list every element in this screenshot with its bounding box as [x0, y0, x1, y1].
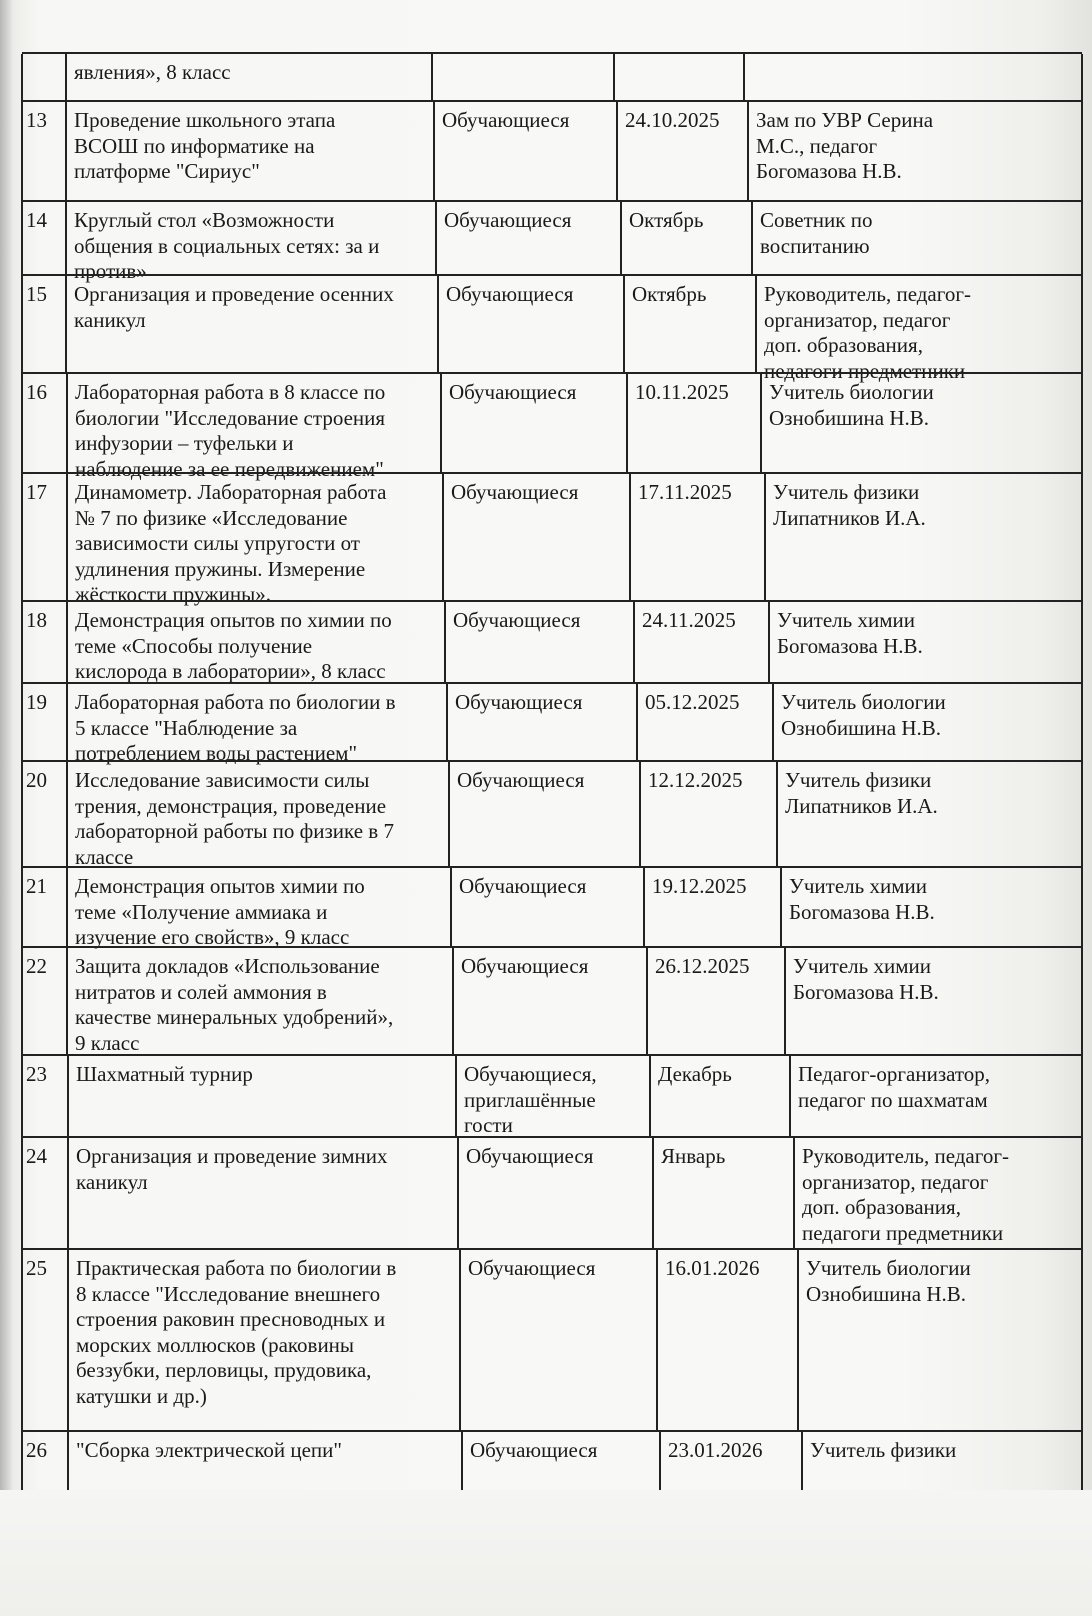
table-border-left: [21, 102, 23, 202]
column-divider: [747, 102, 749, 202]
event-cell: Исследование зависимости силы трения, де…: [67, 762, 449, 868]
column-divider: [433, 102, 435, 202]
participants-cell: Обучающиеся: [438, 276, 624, 374]
event-cell: "Сборка электрической цепи": [68, 1432, 462, 1494]
event-cell: Лабораторная работа в 8 классе по биолог…: [67, 374, 441, 474]
participants-cell: Обучающиеся: [462, 1432, 660, 1494]
column-divider: [440, 374, 442, 474]
column-divider: [452, 948, 454, 1056]
column-divider: [656, 1250, 658, 1432]
date-cell: 12.12.2025: [640, 762, 777, 868]
column-divider: [616, 102, 618, 202]
participants-cell: Обучающиеся: [443, 474, 630, 602]
participants-cell: Обучающиеся: [441, 374, 627, 474]
column-divider: [784, 948, 786, 1056]
column-divider: [442, 474, 444, 602]
event-cell: Организация и проведение зимних каникул: [68, 1138, 458, 1250]
responsible-cell: Учитель физики: [802, 1432, 1082, 1494]
event-cell: Защита докладов «Использование нитратов …: [67, 948, 453, 1056]
page-bottom-margin: [0, 1490, 1092, 1616]
table-row: 13Проведение школьного этапа ВСОШ по инф…: [22, 100, 1082, 202]
column-divider: [636, 684, 638, 762]
event-cell: явления», 8 класс: [66, 54, 432, 102]
event-cell: Организация и проведение осенних каникул: [66, 276, 438, 374]
table-row: 23Шахматный турнирОбучающиеся, приглашён…: [22, 1054, 1082, 1138]
column-divider: [66, 762, 68, 868]
row-number: 26: [22, 1432, 68, 1494]
column-divider: [437, 276, 439, 374]
column-divider: [633, 602, 635, 684]
table-row: 25Практическая работа по биологии в 8 кл…: [22, 1248, 1082, 1432]
column-divider: [646, 948, 648, 1056]
table-border-right: [1081, 868, 1083, 948]
table-row: 21Демонстрация опытов химии по теме «Пол…: [22, 866, 1082, 948]
table-row: 24Организация и проведение зимних канику…: [22, 1136, 1082, 1250]
date-cell: 05.12.2025: [637, 684, 773, 762]
row-number: 25: [22, 1250, 68, 1432]
date-cell: Октябрь: [621, 202, 752, 276]
column-divider: [67, 1056, 69, 1138]
column-divider: [66, 474, 68, 602]
table-border-left: [21, 54, 23, 102]
table-border-right: [1081, 1056, 1083, 1138]
row-number: 20: [22, 762, 67, 868]
column-divider: [448, 762, 450, 868]
column-divider: [461, 1432, 463, 1494]
column-divider: [789, 1056, 791, 1138]
responsible-cell: Учитель биологии Ознобишина Н.В.: [761, 374, 1082, 474]
column-divider: [66, 684, 68, 762]
event-cell: Демонстрация опытов по химии по теме «Сп…: [67, 602, 445, 684]
participants-cell: [432, 54, 614, 102]
event-cell: Лабораторная работа по биологии в 5 клас…: [67, 684, 447, 762]
column-divider: [65, 54, 67, 102]
responsible-cell: Учитель физики Липатников И.А.: [765, 474, 1082, 602]
table-border-right: [1081, 102, 1083, 202]
participants-cell: Обучающиеся, приглашённые гости: [456, 1056, 650, 1138]
table-border-right: [1081, 202, 1083, 276]
table-border-right: [1081, 1432, 1083, 1494]
date-cell: 16.01.2026: [657, 1250, 798, 1432]
table-border-left: [21, 474, 23, 602]
event-cell: Шахматный турнир: [68, 1056, 456, 1138]
column-divider: [66, 374, 68, 474]
row-number: 16: [22, 374, 67, 474]
scanned-page: явления», 8 класс13Проведение школьного …: [0, 0, 1092, 1616]
table-border-right: [1081, 474, 1083, 602]
table-border-right: [1081, 374, 1083, 474]
responsible-cell: Учитель химии Богомазова Н.В.: [785, 948, 1082, 1056]
column-divider: [431, 54, 433, 102]
column-divider: [67, 1250, 69, 1432]
column-divider: [613, 54, 615, 102]
date-cell: 26.12.2025: [647, 948, 785, 1056]
date-cell: 19.12.2025: [644, 868, 781, 948]
table-border-left: [21, 1056, 23, 1138]
column-divider: [459, 1250, 461, 1432]
table-row: 22Защита докладов «Использование нитрато…: [22, 946, 1082, 1056]
responsible-cell: Учитель биологии Ознобишина Н.В.: [773, 684, 1082, 762]
table-row: 16Лабораторная работа в 8 классе по биол…: [22, 372, 1082, 474]
table-row: 26"Сборка электрической цепи"Обучающиеся…: [22, 1430, 1082, 1494]
responsible-cell: Учитель химии Богомазова Н.В.: [781, 868, 1082, 948]
column-divider: [797, 1250, 799, 1432]
participants-cell: Обучающиеся: [453, 948, 647, 1056]
table-row: 17Динамометр. Лабораторная работа № 7 по…: [22, 472, 1082, 602]
responsible-cell: Руководитель, педагог- организатор, педа…: [756, 276, 1082, 374]
row-number: 22: [22, 948, 67, 1056]
row-number: 23: [22, 1056, 68, 1138]
column-divider: [455, 1056, 457, 1138]
table-border-left: [21, 1138, 23, 1250]
column-divider: [649, 1056, 651, 1138]
responsible-cell: Учитель химии Богомазова Н.В.: [769, 602, 1082, 684]
responsible-cell: [744, 54, 1082, 102]
table-border-left: [21, 1250, 23, 1432]
table-row-continued: явления», 8 класс: [22, 52, 1082, 102]
responsible-cell: Педагог-организатор, педагог по шахматам: [790, 1056, 1082, 1138]
column-divider: [659, 1432, 661, 1494]
column-divider: [66, 868, 68, 948]
responsible-cell: Учитель биологии Ознобишина Н.В.: [798, 1250, 1082, 1432]
event-cell: Практическая работа по биологии в 8 клас…: [68, 1250, 460, 1432]
table-border-left: [21, 374, 23, 474]
event-cell: Демонстрация опытов химии по теме «Получ…: [67, 868, 451, 948]
column-divider: [65, 102, 67, 202]
column-divider: [743, 54, 745, 102]
schedule-table: явления», 8 класс13Проведение школьного …: [22, 52, 1082, 1492]
event-cell: Динамометр. Лабораторная работа № 7 по ф…: [67, 474, 443, 602]
table-row: 20Исследование зависимости силы трения, …: [22, 760, 1082, 868]
column-divider: [457, 1138, 459, 1250]
column-divider: [67, 1138, 69, 1250]
column-divider: [643, 868, 645, 948]
column-divider: [780, 868, 782, 948]
responsible-cell: Руководитель, педагог- организатор, педа…: [794, 1138, 1082, 1250]
column-divider: [67, 1432, 69, 1494]
column-divider: [768, 602, 770, 684]
date-cell: 17.11.2025: [630, 474, 765, 602]
column-divider: [652, 1138, 654, 1250]
table-border-right: [1081, 762, 1083, 868]
table-border-right: [1081, 684, 1083, 762]
responsible-cell: Советник по воспитанию: [752, 202, 1082, 276]
date-cell: 10.11.2025: [627, 374, 761, 474]
participants-cell: Обучающиеся: [436, 202, 621, 276]
column-divider: [793, 1138, 795, 1250]
row-number: 13: [22, 102, 66, 202]
participants-cell: Обучающиеся: [458, 1138, 653, 1250]
participants-cell: Обучающиеся: [451, 868, 644, 948]
date-cell: Декабрь: [650, 1056, 790, 1138]
table-border-left: [21, 202, 23, 276]
column-divider: [435, 202, 437, 276]
table-border-right: [1081, 602, 1083, 684]
column-divider: [760, 374, 762, 474]
event-cell: Проведение школьного этапа ВСОШ по инфор…: [66, 102, 434, 202]
row-number: 17: [22, 474, 67, 602]
row-number: 15: [22, 276, 66, 374]
date-cell: Январь: [653, 1138, 794, 1250]
column-divider: [639, 762, 641, 868]
participants-cell: Обучающиеся: [460, 1250, 657, 1432]
column-divider: [626, 374, 628, 474]
column-divider: [751, 202, 753, 276]
column-divider: [776, 762, 778, 868]
row-number: 21: [22, 868, 67, 948]
table-border-left: [21, 602, 23, 684]
row-number: 18: [22, 602, 67, 684]
column-divider: [755, 276, 757, 374]
table-border-right: [1081, 54, 1083, 102]
table-border-right: [1081, 1250, 1083, 1432]
column-divider: [66, 948, 68, 1056]
table-row: 15Организация и проведение осенних каник…: [22, 274, 1082, 374]
row-number: [22, 54, 66, 102]
column-divider: [623, 276, 625, 374]
column-divider: [450, 868, 452, 948]
participants-cell: Обучающиеся: [449, 762, 640, 868]
row-number: 19: [22, 684, 67, 762]
table-border-left: [21, 1432, 23, 1494]
table-border-left: [21, 276, 23, 374]
date-cell: [614, 54, 744, 102]
participants-cell: Обучающиеся: [445, 602, 634, 684]
column-divider: [65, 276, 67, 374]
table-border-right: [1081, 948, 1083, 1056]
table-border-right: [1081, 276, 1083, 374]
row-number: 24: [22, 1138, 68, 1250]
date-cell: 24.10.2025: [617, 102, 748, 202]
column-divider: [772, 684, 774, 762]
date-cell: 24.11.2025: [634, 602, 769, 684]
column-divider: [66, 602, 68, 684]
page-edge-shadow: [0, 0, 14, 1616]
event-cell: Круглый стол «Возможности общения в соци…: [66, 202, 436, 276]
column-divider: [629, 474, 631, 602]
column-divider: [444, 602, 446, 684]
responsible-cell: Зам по УВР Серина М.С., педагог Богомазо…: [748, 102, 1082, 202]
row-number: 14: [22, 202, 66, 276]
responsible-cell: Учитель физики Липатников И.А.: [777, 762, 1082, 868]
participants-cell: Обучающиеся: [434, 102, 617, 202]
table-border-right: [1081, 1138, 1083, 1250]
date-cell: Октябрь: [624, 276, 756, 374]
column-divider: [446, 684, 448, 762]
date-cell: 23.01.2026: [660, 1432, 802, 1494]
table-row: 18Демонстрация опытов по химии по теме «…: [22, 600, 1082, 684]
column-divider: [65, 202, 67, 276]
column-divider: [801, 1432, 803, 1494]
table-border-left: [21, 948, 23, 1056]
column-divider: [764, 474, 766, 602]
participants-cell: Обучающиеся: [447, 684, 637, 762]
column-divider: [620, 202, 622, 276]
table-border-left: [21, 762, 23, 868]
table-border-left: [21, 868, 23, 948]
table-row: 19Лабораторная работа по биологии в 5 кл…: [22, 682, 1082, 762]
table-border-left: [21, 684, 23, 762]
table-row: 14Круглый стол «Возможности общения в со…: [22, 200, 1082, 276]
